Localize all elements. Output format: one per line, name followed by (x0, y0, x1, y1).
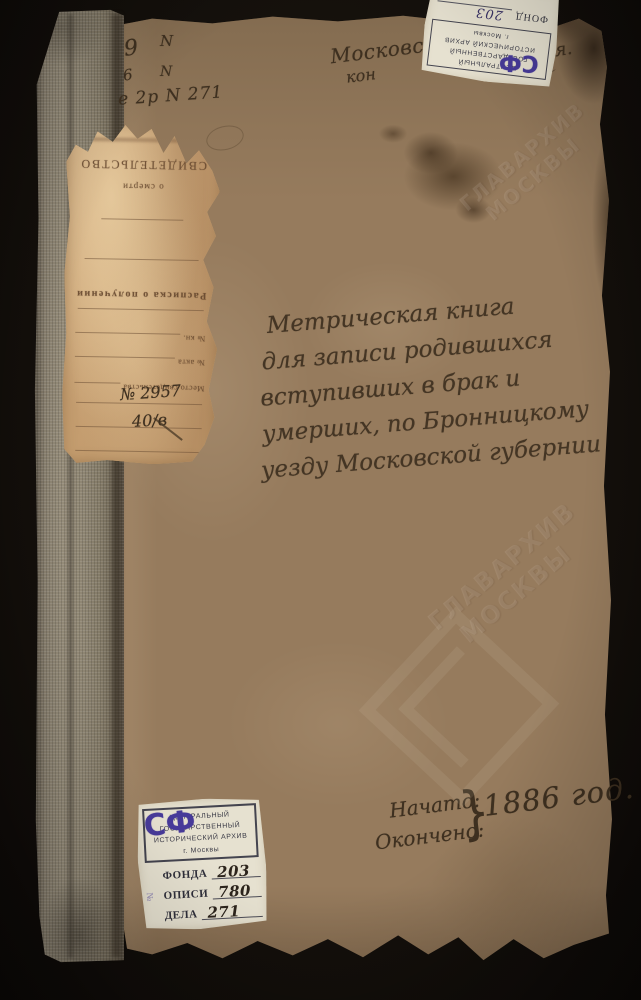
heading-fragment-line2: кон (345, 64, 377, 86)
form-field-act-label: № акта (178, 358, 205, 367)
form-rule (74, 382, 120, 384)
fond-field-row: ФОНДА 203 (162, 860, 261, 882)
corner-note-n1: N (160, 32, 173, 50)
sf-stamp-mark: СФ (142, 804, 197, 844)
form-rule (78, 308, 204, 311)
form-rule (75, 356, 175, 359)
opis-field-row: ОПИСИ 780 (163, 880, 262, 902)
form-rule (101, 218, 183, 220)
form-field-act: № акта (69, 356, 211, 367)
archive-label-bottom: СФ ЦЕНТРАЛЬНЫЙ ГОСУДАРСТВЕННЫЙ ИСТОРИЧЕС… (135, 796, 270, 933)
sf-stamp-mark: СФ (498, 49, 539, 76)
form-subtitle: о смерти (72, 181, 214, 193)
main-title-block: Метрическая книга для записи родившихся … (243, 283, 602, 490)
opis-label: ОПИСИ (163, 887, 208, 901)
delo-field-row: ДЕЛА 271 (164, 900, 263, 922)
form-section-title: Расписка о получении (70, 288, 212, 301)
opis-value: 780 (218, 881, 252, 901)
fond-line: 203 (211, 860, 261, 880)
delo-value: 271 (207, 902, 241, 922)
opis-line: 780 (212, 880, 262, 900)
fond-value: 203 (217, 861, 251, 881)
form-rule (85, 258, 199, 261)
fond-label: ФОНДА (162, 867, 207, 881)
form-rule (75, 332, 180, 335)
form-field-book-label: № кн. (183, 334, 205, 343)
photo-of-book-cover: 9 N 6 N е 2р N 271 Московск ия. кон Мест… (0, 0, 641, 1000)
fond-field-label: ФОНД (514, 10, 548, 25)
form-rule (75, 450, 201, 453)
certificate-print-upside-down: Место свидетельства № акта № кн. Расписк… (67, 127, 215, 459)
form-title: СВИДЕТЕЛЬСТВО (72, 156, 214, 173)
delo-line: 271 (201, 900, 263, 920)
delo-label: ДЕЛА (164, 908, 197, 922)
fond-field-value: 203 (475, 4, 504, 22)
corner-note-n2: N (160, 64, 172, 80)
corner-note-6: 6 (122, 65, 134, 84)
handwritten-note-40v: 40/в (132, 410, 168, 431)
corner-note-9: 9 (123, 35, 140, 61)
side-number-mark: № (145, 892, 155, 901)
form-field-book: № кн. (69, 332, 211, 343)
